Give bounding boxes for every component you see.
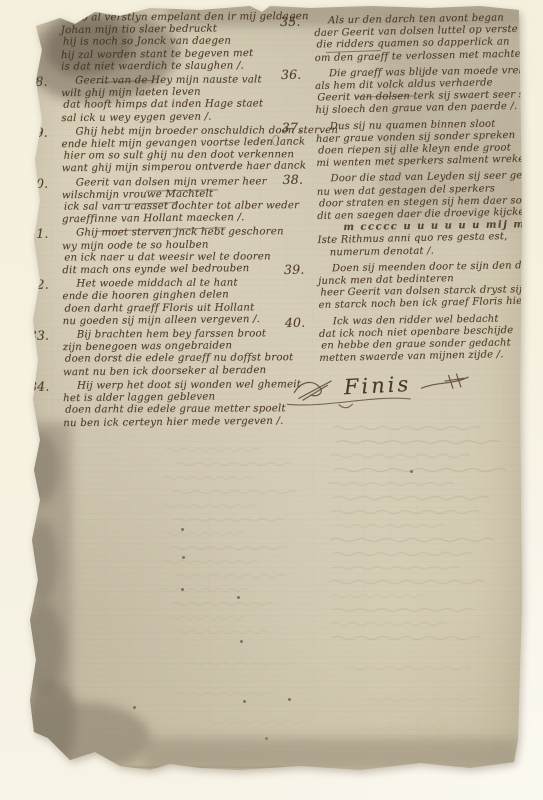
verse-line: want nu ben ick doorseker al beraden [63, 364, 287, 379]
stanza-36: 36. Die graeff was blijde van moede vrel… [281, 65, 522, 118]
stanza-32: 32. Het woede middach al te hant ende di… [28, 277, 286, 327]
verse-line: wy mijn oode te so houlben [62, 238, 286, 253]
verse-line: nu ben ick certeyn hier mede vergeven /. [63, 415, 287, 430]
stanza-number: 30. [28, 177, 49, 189]
stanza-31: 31. Ghij moet sterven jnck hebt geschore… [28, 227, 286, 277]
left-edge-stain [26, 422, 72, 770]
stanza-34: 34. Hij werp het doot sij wonden wel ghe… [29, 379, 287, 429]
finis-row: Finis [289, 366, 526, 404]
stanza-number: 40. [285, 316, 306, 329]
stanza-number: 37. [282, 121, 303, 134]
paper-wrap: ho al verstlyn empelant den ir mij gelda… [26, 4, 522, 772]
verse-line: graeffinne van Hollant maecken /. [62, 212, 286, 227]
scan-backdrop: ho al verstlyn empelant den ir mij gelda… [0, 0, 543, 800]
stanza-number: 38. [282, 174, 303, 187]
ink-speck [237, 596, 240, 599]
stanza-number: 29. [27, 126, 48, 138]
rust-speck [265, 737, 268, 740]
stanza-number: 36. [281, 68, 302, 81]
stanza-number: 35. [280, 16, 301, 29]
ink-speck [410, 470, 413, 473]
stanza-number: 33. [29, 330, 50, 342]
verse-line: want ghij mijn simperou ontverde haer da… [62, 161, 286, 176]
verse-line: mi wenten met sperkers salment wreken /. [316, 154, 522, 171]
stanza-30: 30. Geerit van dolsen mijn vremer heer w… [28, 176, 286, 226]
stanza-29: 29. Ghij hebt mijn broeder onschuldich d… [27, 125, 285, 175]
stanza-38: 38. Door die stad van Leyden sij seer ge… [282, 171, 523, 260]
finis-right-flourish-icon [419, 370, 472, 395]
stanza-37: 37. Dus sij nu quamen binnen sloot haer … [282, 118, 523, 171]
fold-crease-horizontal [26, 766, 284, 768]
verse-line: en starck noch ben ick graef Floris hier… [318, 296, 524, 313]
ink-speck [240, 640, 243, 643]
stanza-35: 35. Als ur den darch ten avont began dae… [280, 12, 521, 65]
left-edge-blotch [22, 602, 64, 694]
stray-ink-mark [272, 135, 280, 146]
verse-line: ende hielt mijn gevangen voortse leden l… [61, 137, 285, 152]
ink-speck [181, 588, 184, 591]
ink-speck [181, 528, 184, 531]
stanza-number: 39. [284, 264, 305, 277]
stanza-number: 31. [28, 228, 49, 240]
bottom-left-stain [24, 702, 150, 768]
left-edge-blotch [28, 680, 76, 762]
ink-speck [288, 698, 291, 701]
finis-label: Finis [344, 378, 412, 394]
stanza-33: 33. Bij brachten hem bey farssen broot z… [29, 328, 287, 378]
stanza-39: 39. Doen sij meenden door te sijn den de… [284, 260, 525, 313]
left-column: ho al verstlyn empelant den ir mij gelda… [27, 11, 288, 431]
verse-line: nu goeden sij mijn alleen vergeven /. [63, 313, 287, 328]
ink-speck [182, 556, 185, 559]
verse-line: hij sloech den graue van den paerde /. [315, 101, 521, 118]
stanza-number: 28. [27, 76, 48, 88]
verse-line: sal ick u wey eygen geven /. [61, 110, 285, 125]
stanza-number: 34. [29, 381, 50, 393]
verse-line: metten swaerde van mijnen zijde /. [319, 349, 525, 366]
left-edge-blotch [26, 520, 58, 604]
verse-line: is dat niet waerdich te slaughen /. [61, 60, 285, 74]
verse-line: wilschmijn vrouwe Machtelt [62, 187, 286, 202]
ink-speck [243, 700, 246, 703]
left-edge-blotch [22, 432, 60, 504]
stanza-40: 40. Ick was den ridder wel bedacht dat i… [285, 313, 526, 366]
stanza-intro: ho al verstlyn empelant den ir mij gelda… [27, 11, 285, 74]
bottom-edge-stain [144, 738, 518, 768]
verse-line: dit mach ons eynde wel bedrouben [62, 263, 286, 278]
fold-crease-vertical [26, 4, 28, 766]
verse-line: hij zal worden stant te begeven met [61, 47, 285, 62]
stanza-28: 28. Geerit van de Hey mijn nauste valt w… [27, 74, 285, 124]
right-column: 35. Als ur den darch ten avont began dae… [280, 12, 526, 399]
stanza-number: 32. [28, 279, 49, 291]
ink-speck [133, 706, 136, 709]
manuscript-page: ho al verstlyn empelant den ir mij gelda… [26, 4, 522, 772]
